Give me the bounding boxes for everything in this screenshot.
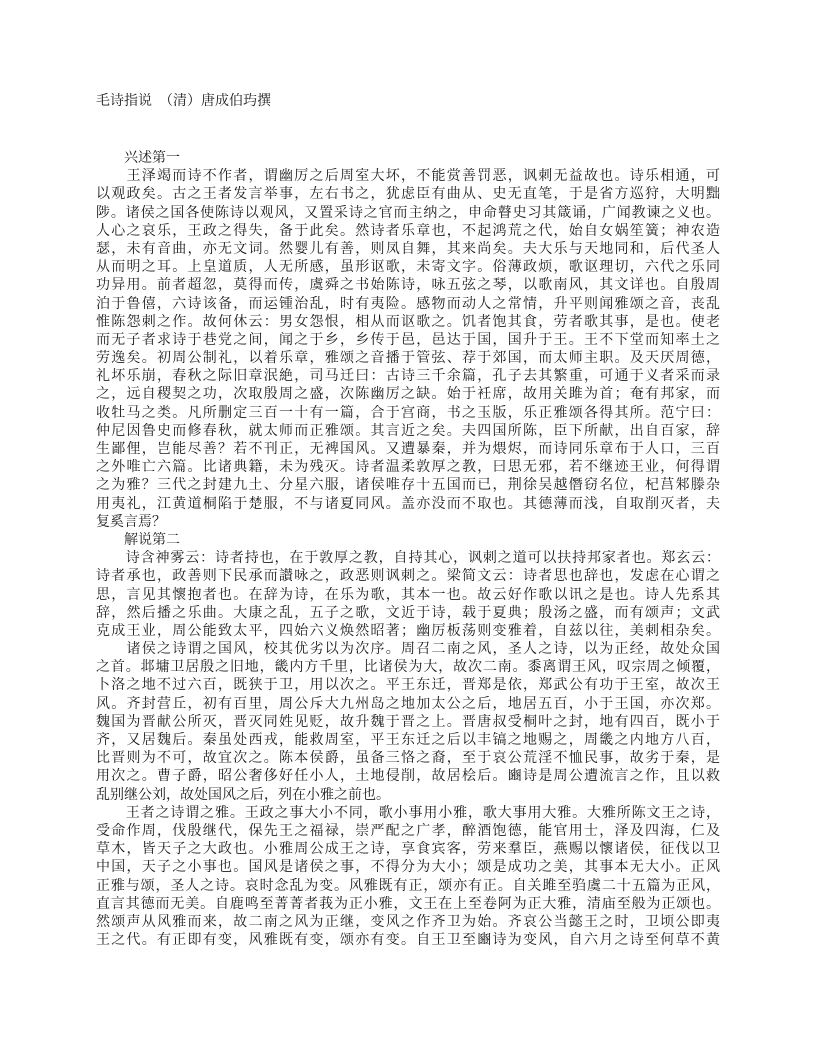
text-line: 礼坏乐崩，春秋之际旧章泯絶，司马迁曰：古诗三千余篇，孔子去其繁重，可通于义者采而… <box>96 368 720 386</box>
text-line: 齐，又居魏后。秦虽处西戎，能救周室，平王东迁之后以丰镐之地赐之，周畿之内地方八百… <box>96 732 720 750</box>
text-line: 用夷礼，江黄道桐陷于楚服，不与诸夏同风。盖亦没而不取也。其德薄而浅，自取削灭者，… <box>96 496 720 514</box>
text-line: 而无子者求诗于巷党之间，闻之于乡，乡传于邑，邑达于国，国升于王。王不下堂而知率土… <box>96 332 720 350</box>
text-line: 仲尼因鲁史而修春秋，就太师而正雅颂。其言近之矣。夫四国所陈，臣下所献，出自百家，… <box>96 423 720 441</box>
text-line: 乱别继公刘，故处国风之后，列在小雅之前也。 <box>96 787 720 805</box>
text-line: 中国，天子之小事也。国风是诸侯之事，不得分为大小；颂是成功之美，其事本无大小。正… <box>96 859 720 877</box>
text-line: 惟陈怨刺之作。故何休云：男女怨恨，相从而讴歌之。饥者饱其食，劳者歌其事，是也。使… <box>96 314 720 332</box>
text-line: 生鄙俚，岂能尽善？若不刊正，无裨国风。又遭暴秦，并为煨烬，而诗同乐章布于人口，三… <box>96 441 720 459</box>
document-title: 毛诗指说 （清）唐成伯玙撰 <box>96 93 720 111</box>
text-line: 诗含神雾云：诗者持也，在于敦厚之教，自持其心，讽刺之道可以扶持邦家者也。郑玄云： <box>96 550 720 568</box>
text-line: 劳逸矣。初周公制礼，以着乐章，雅颂之音播于管弦、荐于郊国，而太师主职。及天厌周德… <box>96 350 720 368</box>
text-line: 风。齐封营丘，初有百里，周公斥大九州岛之地加太公之后，地居五百，小于王国，亦次郑… <box>96 696 720 714</box>
text-line: 功异用。前者超忽，莫得而传，虞舜之书始陈诗，咏五弦之琴，以歌南风，其文详也。自殷… <box>96 277 720 295</box>
text-line: 泊于鲁僖，六诗该备，而运锺治乱，时有夷险。感物而动人之常情，升平则闻雅颂之音，丧… <box>96 296 720 314</box>
document-page: 毛诗指说 （清）唐成伯玙撰 兴述第一 王泽竭而诗不作者，谓幽厉之后周室大坏，不能… <box>0 0 816 1056</box>
text-line: 然颂声从风雅而来，故二南之风为正继，变风之作齐卫为始。齐哀公当懿王之时，卫顷公即… <box>96 914 720 932</box>
text-line: 正雅与颂，圣人之诗。哀时念乱为变。风雅既有正，颂亦有正。自关雎至驺虞二十五篇为正… <box>96 878 720 896</box>
text-line: 诗者承也，政善则下民承而讃咏之，政恶则讽刺之。梁简文云：诗者思也辞也，发虑在心谓… <box>96 568 720 586</box>
section-heading: 兴述第一 <box>96 150 720 168</box>
document-body: 兴述第一 王泽竭而诗不作者，谓幽厉之后周室大坏，不能赏善罚恶，讽刺无益故也。诗乐… <box>96 150 720 950</box>
text-line: 以观政矣。古之王者发言举事，左右书之，犹虑臣有曲从、史无直笔，于是省方巡狩，大明… <box>96 186 720 204</box>
text-line: 从而明之耳。上皇道质，人无所感，虽形讴歌，未寄文字。俗薄政烦，歌讴理切，六代之乐… <box>96 259 720 277</box>
text-line: 草木，皆天子之大政也。小雅周公成王之诗，享食宾客，劳来羣臣，燕赐以懷诸侯，征伐以… <box>96 841 720 859</box>
text-line: 瑟，未有音曲，亦无文词。然婴儿有善，则凤自舞，其来尚矣。夫大乐与天地同和，后代圣… <box>96 241 720 259</box>
text-line: 魏国为晋献公所灭，晋灭同姓见贬，故升魏于晋之上。晋唐叔受桐叶之封，地有四百，既小… <box>96 714 720 732</box>
section-heading: 解说第二 <box>96 532 720 550</box>
text-line: 受命作周，伐殷继代，保先王之福禄，崇严配之广孝，醉酒饱德，能官用士，泽及四海，仁… <box>96 823 720 841</box>
text-line: 思，言见其懷抱者也。在辞为诗，在乐为歌，其本一也。故云好作歌以讯之是也。诗人先系… <box>96 587 720 605</box>
text-line: 之为雅？三代之封建九土、分星六服，诸侯唯存十五国而已，荆徐吴越僭窃名位，杞莒邾滕… <box>96 477 720 495</box>
text-line: 卜洛之地不过六百，既狭于卫，用以次之。平王东迁，晋郑是依，郑武公有功于王室，故次… <box>96 677 720 695</box>
text-line: 人心之哀乐，王政之得失，备于此矣。然诗者乐章也，不起鸿荒之代，始自女娲笙簧；神农… <box>96 223 720 241</box>
text-line: 直言其德而无美。自鹿鸣至菁菁者莪为正小雅，文王在上至卷阿为正大雅，清庙至般为正颂… <box>96 896 720 914</box>
text-line: 诸侯之诗谓之国风，校其优劣以为次序。周召二南之风，圣人之诗，以为正经，故处众国 <box>96 641 720 659</box>
text-line: 之首。邶墉卫居殷之旧地，畿内方千里，比诸侯为大，故次二南。黍离谓王风，叹宗周之倾… <box>96 659 720 677</box>
text-line: 陟。诸侯之国各使陈诗以观风，又置采诗之官而主纳之，申命瞽史习其箴诵，广闻教谏之义… <box>96 205 720 223</box>
text-line: 王者之诗谓之雅。王政之事大小不同，歌小事用小雅，歌大事用大雅。大雅所陈文王之诗， <box>96 805 720 823</box>
text-line: 王泽竭而诗不作者，谓幽厉之后周室大坏，不能赏善罚恶，讽刺无益故也。诗乐相通，可 <box>96 168 720 186</box>
text-line: 之，远自稷契之功，次取殷周之盛，次陈幽厉之缺。始于衽席，故用关雎为首；奄有邦家，… <box>96 386 720 404</box>
text-line: 用次之。曹子爵，昭公奢侈好任小人，土地侵削，故居桧后。豳诗是周公遭流言之作，且以… <box>96 768 720 786</box>
text-line: 比晋则为不可，故宜次之。陈本侯爵，虽备三恪之裔，至于哀公荒淫不恤民事，故劣于秦，… <box>96 750 720 768</box>
text-line: 收牡马之类。凡所删定三百一十有一篇，合于宫商，书之玉版，乐正雅颂各得其所。范宁曰… <box>96 405 720 423</box>
text-line: 之外唯亡六篇。比诸典籍，未为残灭。诗者温柔敦厚之教，曰思无邪，若不继迹王业，何得… <box>96 459 720 477</box>
text-line: 辞，然后播之乐曲。大康之乱，五子之歌，文近于诗，载于夏典；殷汤之盛，而有颂声；文… <box>96 605 720 623</box>
text-line: 王之代。有正即有变，风雅既有变，颂亦有变。自王卫至豳诗为变风，自六月之诗至何草不… <box>96 932 720 950</box>
text-line: 克成王业，周公能致太平，四始六义焕然昭著；幽厉板荡则变雅着，自兹以往，美刺相杂矣… <box>96 623 720 641</box>
text-line: 复奚言焉？ <box>96 514 720 532</box>
